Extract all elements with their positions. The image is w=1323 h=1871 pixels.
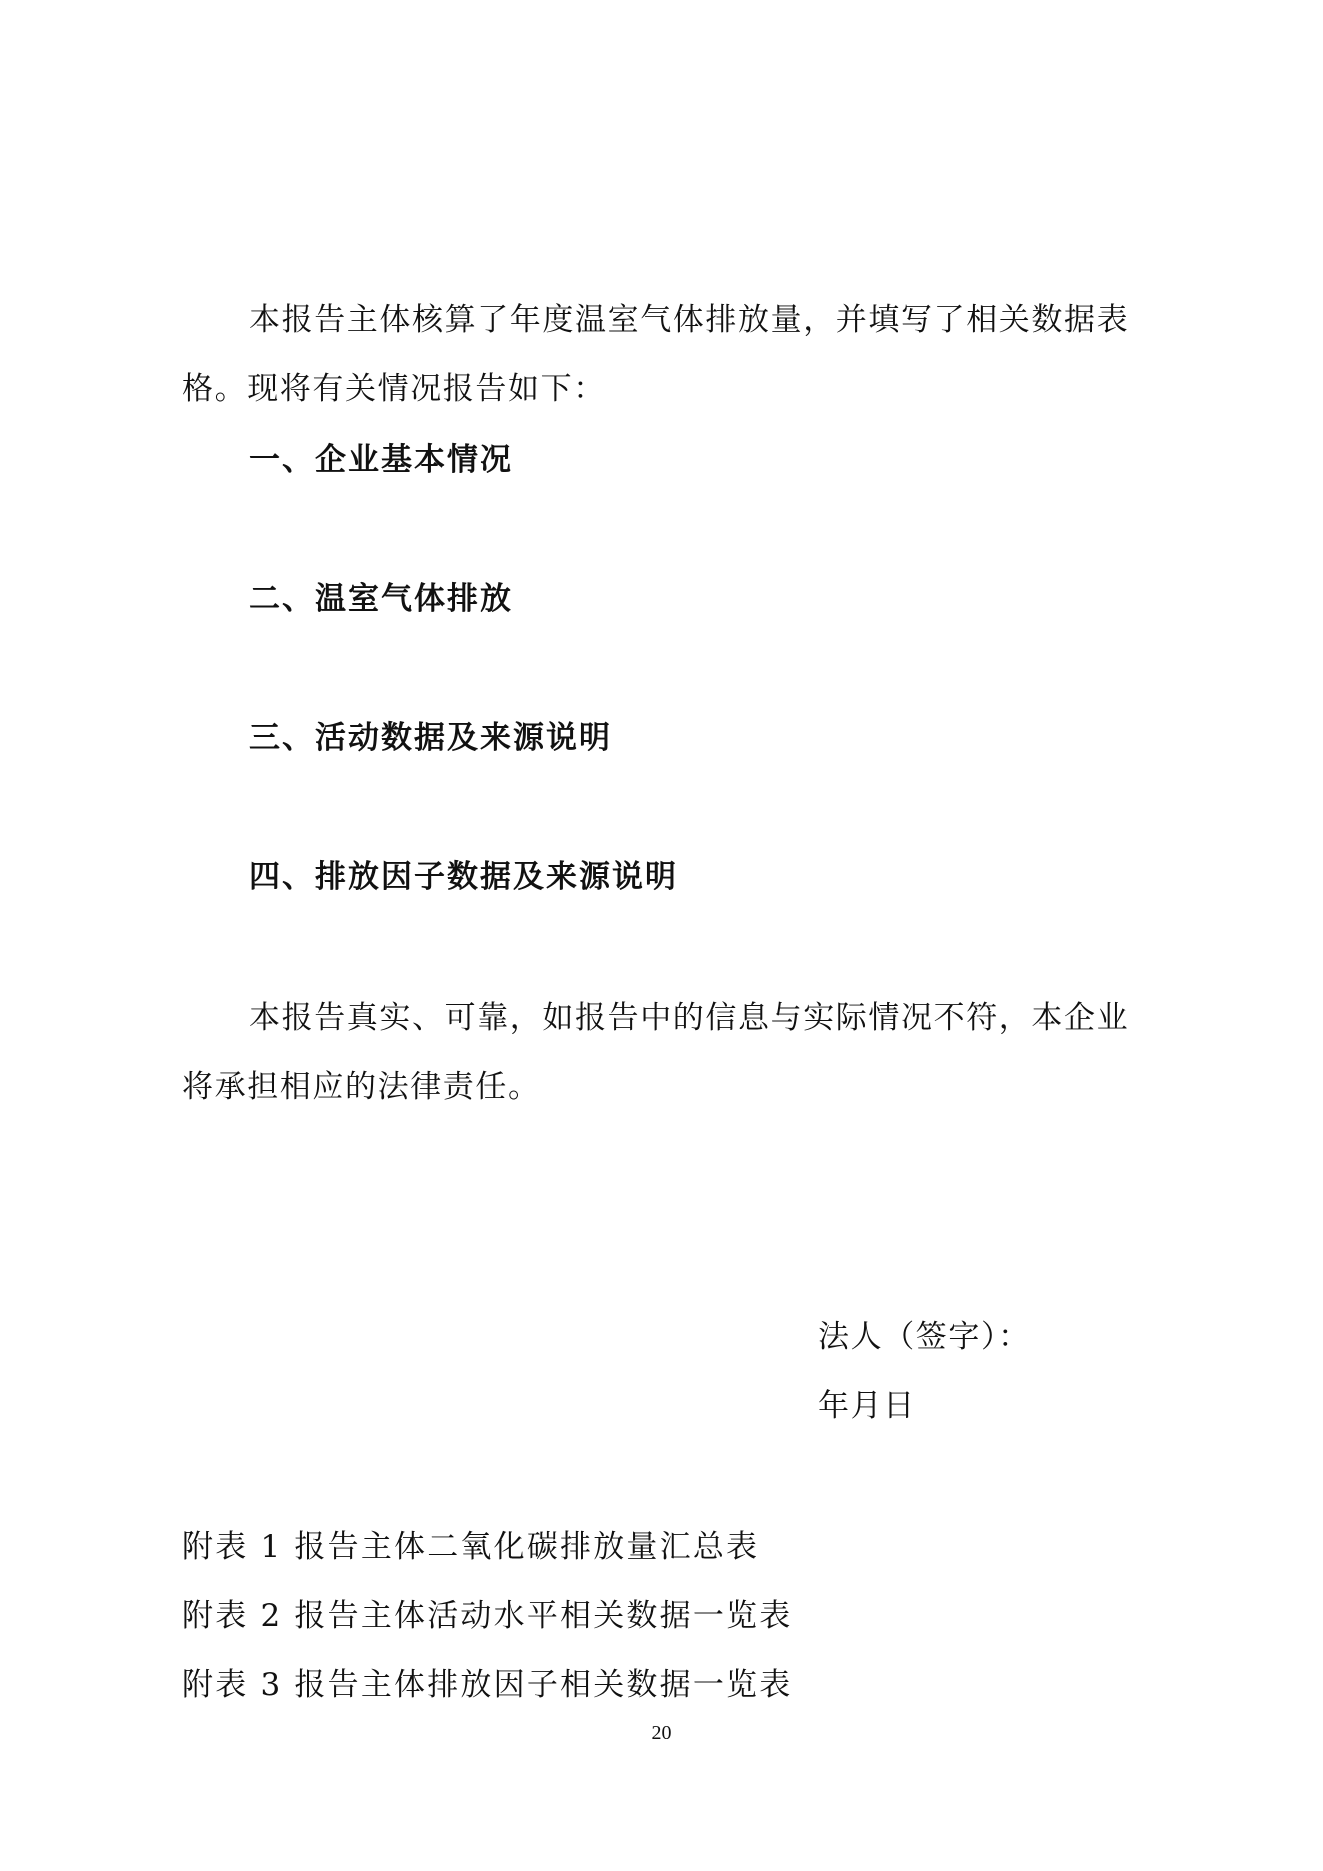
declaration-line-1: 本报告真实、可靠，如报告中的信息与实际情况不符，本企业 (249, 998, 1129, 1038)
page-number: 20 (0, 1722, 1323, 1745)
appendix-item-3: 附表 3 报告主体排放因子相关数据一览表 (182, 1665, 792, 1705)
appendix-item-1: 附表 1 报告主体二氧化碳排放量汇总表 (182, 1527, 759, 1567)
section-heading-3: 三、活动数据及来源说明 (249, 718, 612, 758)
section-heading-1: 一、企业基本情况 (249, 440, 513, 480)
appendix-item-2: 附表 2 报告主体活动水平相关数据一览表 (182, 1596, 792, 1636)
legal-person-signature-label: 法人（签字）： (818, 1317, 1031, 1357)
section-heading-4: 四、排放因子数据及来源说明 (249, 857, 678, 897)
declaration-line-2: 将承担相应的法律责任。 (182, 1067, 541, 1107)
section-heading-2: 二、温室气体排放 (249, 579, 513, 619)
intro-line-2: 格。现将有关情况报告如下： (182, 369, 606, 409)
signature-date-label: 年月日 (818, 1386, 916, 1426)
document-page: 本报告主体核算了年度温室气体排放量，并填写了相关数据表 格。现将有关情况报告如下… (0, 0, 1323, 1871)
intro-line-1: 本报告主体核算了年度温室气体排放量，并填写了相关数据表 (249, 300, 1129, 340)
